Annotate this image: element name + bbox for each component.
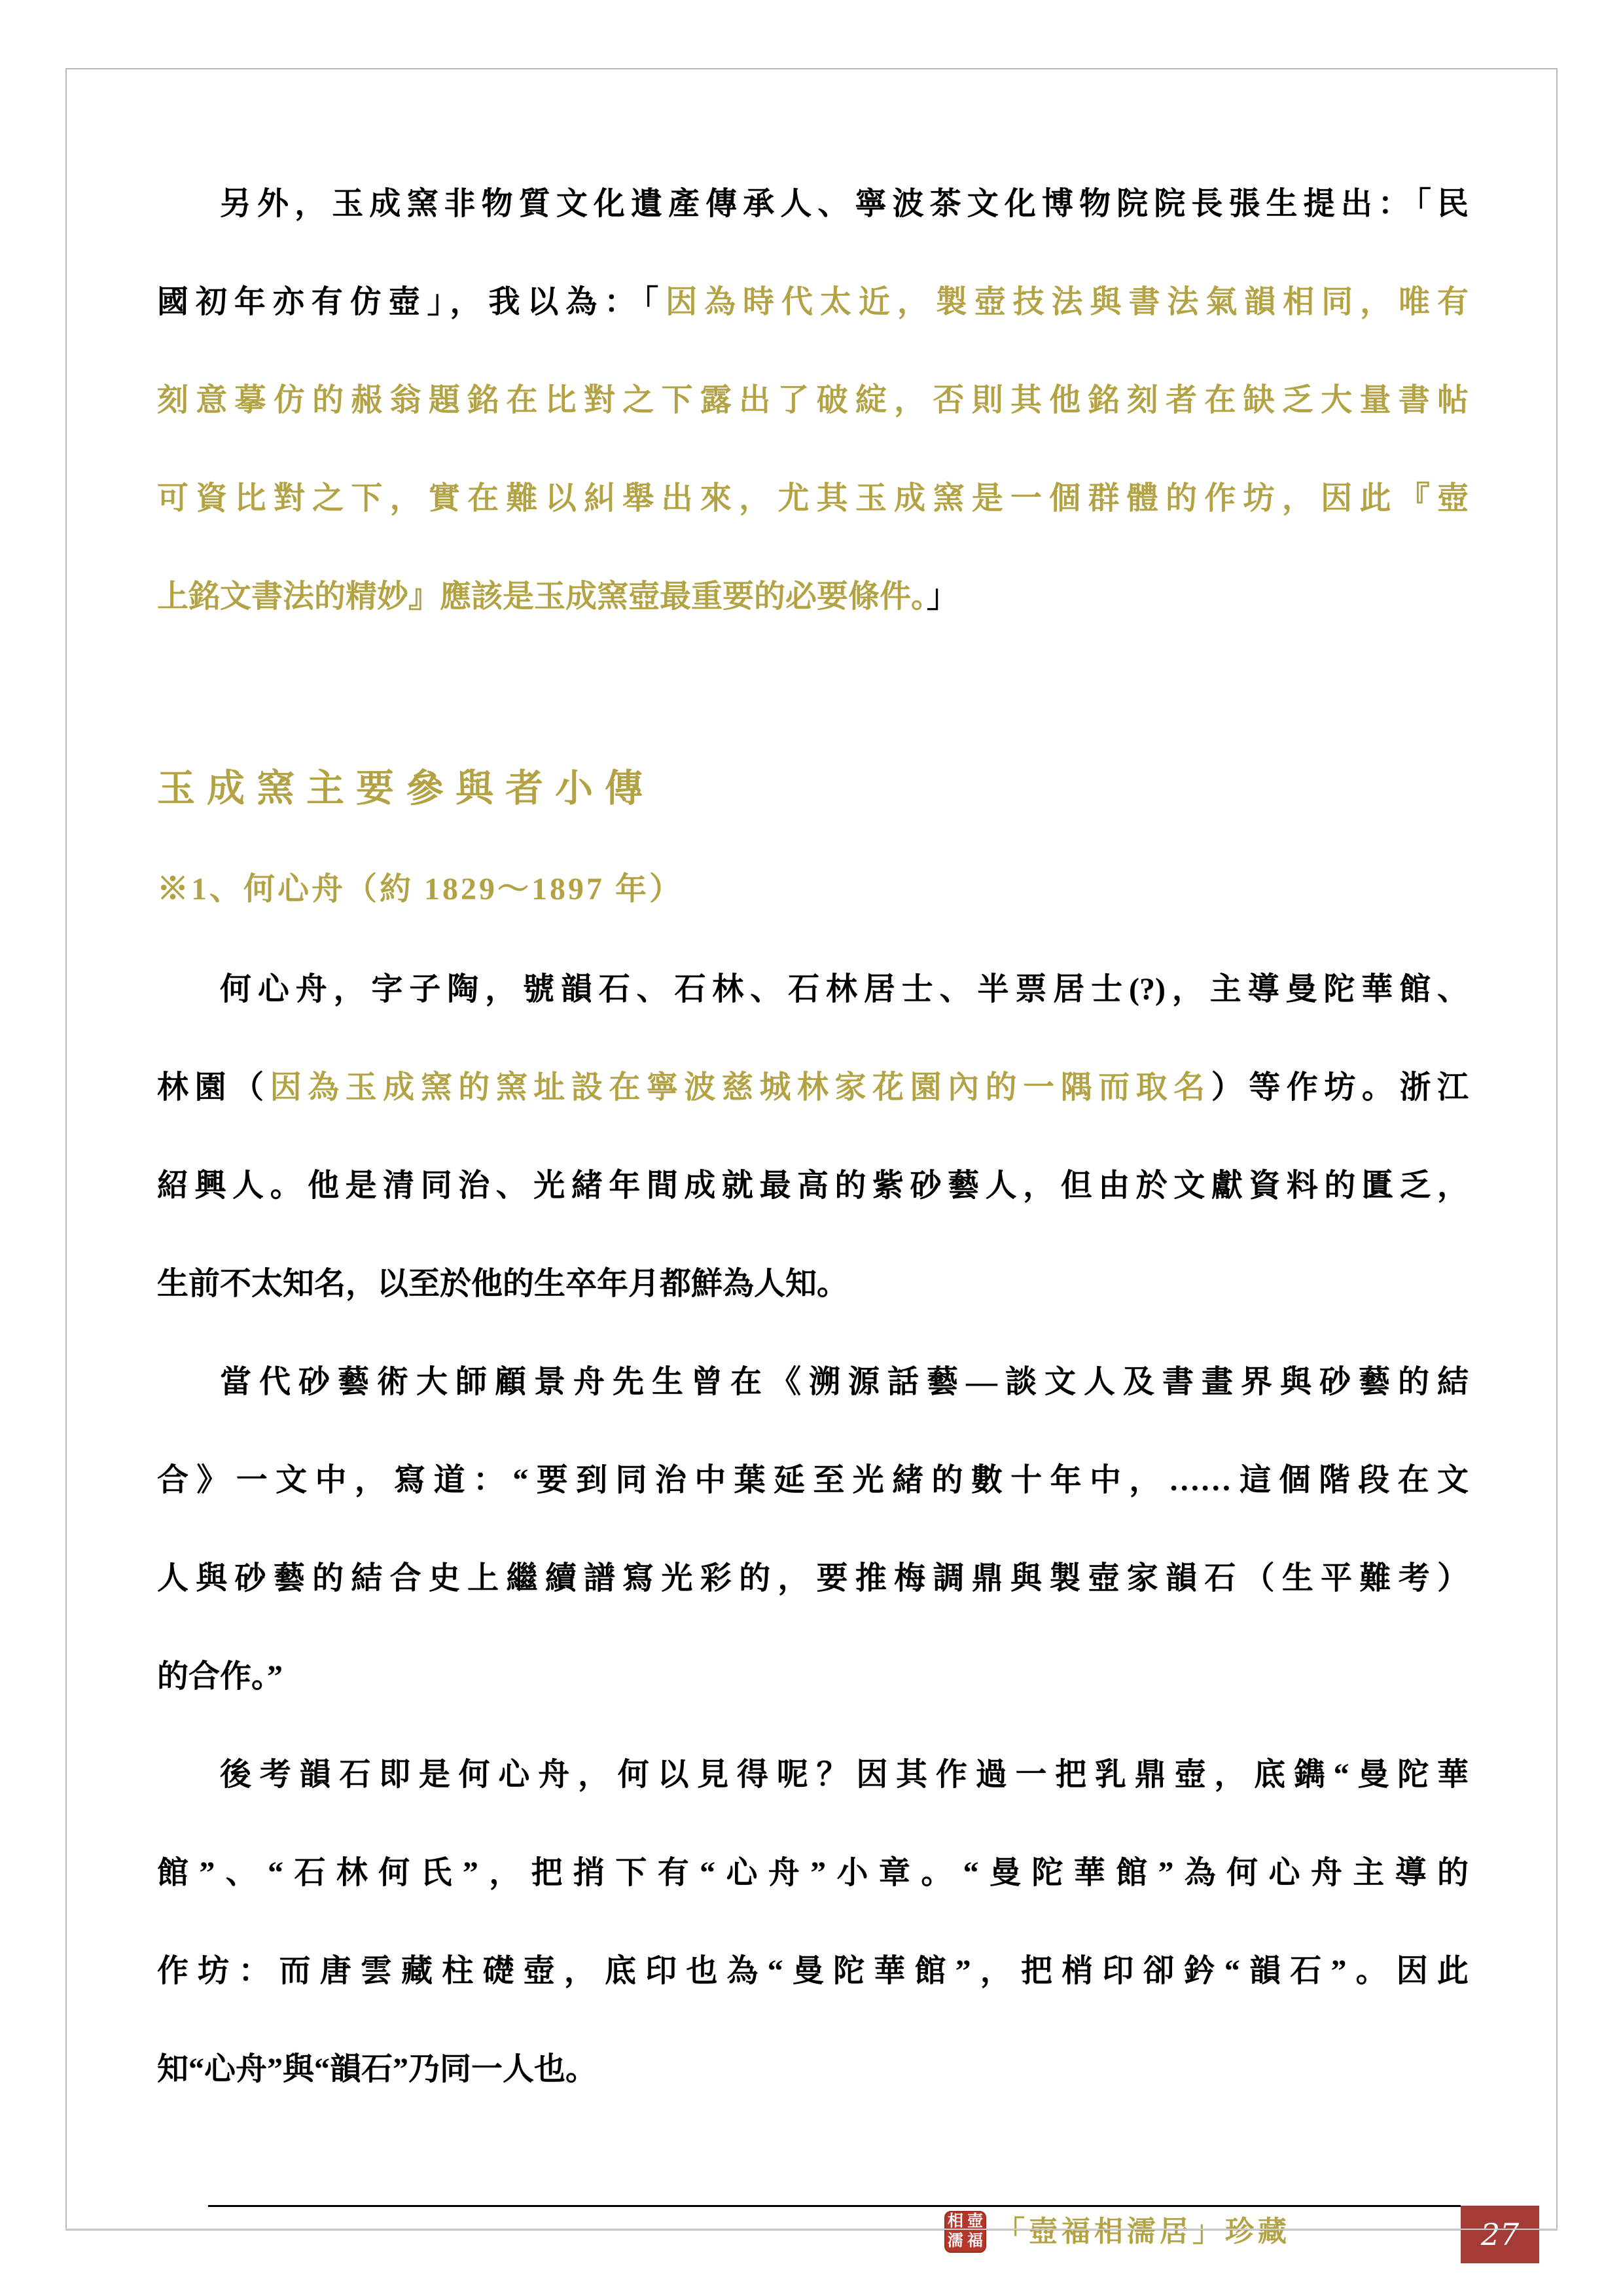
body-text: 館”、“石林何氏”，把捎下有“心舟”小章。“曼陀華館”為何心舟主導的	[157, 1856, 1469, 1890]
body-line: 合》一文中，寫道：“要到同治中葉延至光緒的數十年中，……這個階段在文	[157, 1462, 1469, 1499]
collection-seal-icon: 相 壺 濡 福	[944, 2211, 986, 2253]
body-line: 何心舟，字子陶，號韻石、石林、石林居士、半票居士(?)，主導曼陀華館、	[157, 971, 1469, 1009]
body-line: 後考韻石即是何心舟，何以見得呢？因其作過一把乳鼎壺，底鐫“曼陀華	[157, 1756, 1469, 1794]
quoted-gold-text: 刻意摹仿的赧翁題銘在比對之下露出了破綻，否則其他銘刻者在缺乏大量書帖	[157, 383, 1469, 418]
footer-rule	[208, 2205, 1461, 2207]
body-text: 何心舟，字子陶，號韻石、石林、石林居士、半票居士(?)，主導曼陀華館、	[220, 972, 1469, 1007]
body-line: 林園（因為玉成窯的窯址設在寧波慈城林家花園內的一隅而取名）等作坊。浙江	[157, 1069, 1469, 1107]
body-line: 知“心舟”與“韻石”乃同一人也。	[157, 2051, 1469, 2089]
section-heading: 玉成窯主要參與者小傳	[157, 767, 654, 810]
body-text: 另外，玉成窯非物質文化遺產傳承人、寧波茶文化博物院院長張生提出：「民	[220, 187, 1469, 221]
body-line: 館”、“石林何氏”，把捎下有“心舟”小章。“曼陀華館”為何心舟主導的	[157, 1854, 1469, 1892]
document-page: 另外，玉成窯非物質文化遺產傳承人、寧波茶文化博物院院長張生提出：「民 國初年亦有…	[0, 0, 1623, 2296]
quoted-gold-text: 因為時代太近，製壺技法與書法氣韻相同，唯有	[666, 285, 1469, 319]
body-text: 作坊：而唐雲藏柱礎壺，底印也為“曼陀華館”，把梢印卻鈐“韻石”。因此	[157, 1954, 1469, 1988]
body-text: ）等作坊。浙江	[1211, 1070, 1469, 1105]
body-line: 可資比對之下，實在難以糾舉出來，尤其玉成窯是一個群體的作坊，因此『壺	[157, 480, 1469, 518]
body-text: 林園（	[157, 1070, 270, 1105]
body-text: 當代砂藝術大師顧景舟先生曾在《溯源話藝—談文人及書畫界與砂藝的結	[220, 1365, 1469, 1399]
body-line: 紹興人。他是清同治、光緒年間成就最高的紫砂藝人，但由於文獻資料的匱乏，	[157, 1167, 1469, 1205]
page-number: 27	[1481, 2217, 1520, 2252]
body-text: 後考韻石即是何心舟，何以見得呢？因其作過一把乳鼎壺，底鐫“曼陀華	[220, 1757, 1469, 1792]
page-number-box: 27	[1461, 2206, 1539, 2263]
body-line: 當代砂藝術大師顧景舟先生曾在《溯源話藝—談文人及書畫界與砂藝的結	[157, 1363, 1469, 1401]
body-text: 國初年亦有仿壺」，我以為：「	[157, 285, 666, 319]
seal-character: 濡	[946, 2232, 965, 2251]
body-line: 的合作。”	[157, 1658, 1469, 1696]
body-text: 生前不太知名，以至於他的生卒年月都鮮為人知。	[157, 1266, 848, 1301]
frame-bottom-border	[65, 2229, 1558, 2230]
quoted-gold-text: 上銘文書法的精妙』應該是玉成窯壺最重要的必要條件。	[157, 579, 927, 614]
body-text: 人與砂藝的結合史上繼續譜寫光彩的，要推梅調鼎與製壺家韻石（生平難考）	[157, 1561, 1469, 1596]
seal-character: 福	[965, 2232, 985, 2251]
collection-label: 「壺福相濡居」珍藏	[996, 2215, 1291, 2249]
body-text: 」	[927, 579, 958, 614]
body-text: 紹興人。他是清同治、光緒年間成就最高的紫砂藝人，但由於文獻資料的匱乏，	[157, 1168, 1469, 1203]
body-line: 生前不太知名，以至於他的生卒年月都鮮為人知。	[157, 1265, 1469, 1303]
body-line: 上銘文書法的精妙』應該是玉成窯壺最重要的必要條件。」	[157, 578, 1469, 616]
body-text: 合》一文中，寫道：“要到同治中葉延至光緒的數十年中，……這個階段在文	[157, 1463, 1469, 1498]
entry-subheading: ※1、何心舟（約 1829～1897 年）	[157, 870, 683, 908]
body-line: 另外，玉成窯非物質文化遺產傳承人、寧波茶文化博物院院長張生提出：「民	[157, 185, 1469, 223]
parenthetical-gold-text: 因為玉成窯的窯址設在寧波慈城林家花園內的一隅而取名	[270, 1070, 1211, 1105]
body-text: 知“心舟”與“韻石”乃同一人也。	[157, 2052, 597, 2087]
body-text: 的合作。”	[157, 1659, 283, 1694]
body-line: 刻意摹仿的赧翁題銘在比對之下露出了破綻，否則其他銘刻者在缺乏大量書帖	[157, 382, 1469, 420]
body-line: 作坊：而唐雲藏柱礎壺，底印也為“曼陀華館”，把梢印卻鈐“韻石”。因此	[157, 1952, 1469, 1990]
body-line: 國初年亦有仿壺」，我以為：「因為時代太近，製壺技法與書法氣韻相同，唯有	[157, 283, 1469, 321]
quoted-gold-text: 可資比對之下，實在難以糾舉出來，尤其玉成窯是一個群體的作坊，因此『壺	[157, 481, 1469, 516]
body-line: 人與砂藝的結合史上繼續譜寫光彩的，要推梅調鼎與製壺家韻石（生平難考）	[157, 1560, 1469, 1598]
